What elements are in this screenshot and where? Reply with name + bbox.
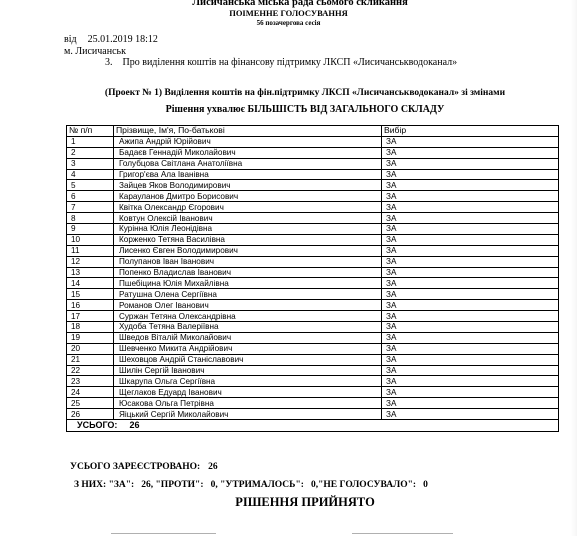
vote-choice: ЗА [382,300,559,311]
row-number: 19 [67,332,114,343]
member-name: Шведов Віталій Миколайович [114,332,382,343]
row-number: 8 [67,213,114,224]
table-row: 14Пшебіцина Юлія МихайлівнаЗА [67,278,559,289]
project-title: (Проект № 1) Виділення коштів на фін.під… [0,88,577,98]
member-name: Шкарупа Ольга Сергіївна [114,376,382,387]
table-row: 3Голубцова Світлана АнатоліївнаЗА [67,158,559,169]
member-name: Карауланов Дмитро Борисович [114,191,382,202]
vote-choice: ЗА [382,354,559,365]
signature-line [352,533,453,534]
row-number: 1 [67,136,114,147]
vote-choice: ЗА [382,278,559,289]
row-number: 4 [67,169,114,180]
vote-choice: ЗА [382,322,559,333]
row-number: 20 [67,343,114,354]
vote-choice: ЗА [382,158,559,169]
date-value: 25.01.2019 18:12 [88,34,158,45]
row-number: 11 [67,245,114,256]
decision-result: РІШЕННЯ ПРИЙНЯТО [0,495,577,510]
vote-choice: ЗА [382,213,559,224]
date-line: від25.01.2019 18:12 [64,34,158,45]
vote-choice: ЗА [382,267,559,278]
vote-choice: ЗА [382,147,559,158]
row-number: 21 [67,354,114,365]
total-value: 26 [129,420,139,430]
table-row: 19Шведов Віталій МиколайовичЗА [67,332,559,343]
table-row: 18Худоба Тетяна ВалеріївнаЗА [67,322,559,333]
table-row: 11Лисенко Євген ВолодимировичЗА [67,245,559,256]
member-name: Ратушна Олена Сергіївна [114,289,382,300]
table-row: 8Ковтун Олексій ІвановичЗА [67,213,559,224]
roll-call-table: № п/п Прізвище, Ім'я, По-батькові Вибір … [66,125,559,432]
table-row: 5Зайцев Яков ВолодимировичЗА [67,180,559,191]
vote-choice: ЗА [382,191,559,202]
table-row: 6Карауланов Дмитро БорисовичЗА [67,191,559,202]
table-row: 10Корженко Тетяна ВасилівнаЗА [67,234,559,245]
total-cell: УСЬОГО:26 [67,420,559,432]
table-row: 25Юсакова Ольга ПетрівнаЗА [67,398,559,409]
table-row: 23Шкарупа Ольга СергіївнаЗА [67,376,559,387]
vote-choice: ЗА [382,202,559,213]
member-name: Зайцев Яков Володимирович [114,180,382,191]
member-name: Корженко Тетяна Василівна [114,234,382,245]
member-name: Голубцова Світлана Анатоліївна [114,158,382,169]
member-name: Юсакова Ольга Петрівна [114,398,382,409]
row-number: 13 [67,267,114,278]
table-row: 9Курінна Юлія ЛеонідівнаЗА [67,224,559,235]
total-label: УСЬОГО: [77,420,117,430]
table-row: 20Шевченко Микита АндрійовичЗА [67,343,559,354]
vote-choice: ЗА [382,256,559,267]
vote-choice: ЗА [382,289,559,300]
vote-breakdown: З НИХ: "ЗА": 26, "ПРОТИ": 0, "УТРИМАЛОСЬ… [74,480,428,490]
member-name: Яіцький Сергій Миколайович [114,409,382,420]
total-row: УСЬОГО:26 [67,420,559,432]
member-name: Шеховцов Андрій Станіславович [114,354,382,365]
registered-value: 26 [208,462,218,472]
row-number: 9 [67,224,114,235]
majority-prefix: Рішення ухвалює [166,104,245,115]
vote-choice: ЗА [382,398,559,409]
row-number: 26 [67,409,114,420]
vote-choice: ЗА [382,332,559,343]
table-row: 24Щеглаков Едуард ІвановичЗА [67,387,559,398]
vote-choice: ЗА [382,365,559,376]
vote-type-heading: ПОІМЕННЕ ГОЛОСУВАННЯ [0,8,577,18]
member-name: Бадаєв Геннадій Миколайович [114,147,382,158]
registered-summary: УСЬОГО ЗАРЕЄСТРОВАНО:26 [70,462,218,472]
member-name: Ажипа Андрій Юрійович [114,136,382,147]
table-row: 2Бадаєв Геннадій МиколайовичЗА [67,147,559,158]
member-name: Романов Олег Іванович [114,300,382,311]
member-name: Суржан Тетяна Олександрівна [114,311,382,322]
member-name: Ковтун Олексій Іванович [114,213,382,224]
agenda-number: 3. [105,57,113,68]
city-label: м. Лисичанськ [64,46,126,57]
row-number: 25 [67,398,114,409]
vote-choice: ЗА [382,136,559,147]
table-row: 26Яіцький Сергій МиколайовичЗА [67,409,559,420]
member-name: Пшебіцина Юлія Михайлівна [114,278,382,289]
table-row: 7Квітка Олександр ЄгоровичЗА [67,202,559,213]
agenda-item: 3.Про виділення коштів на фінансову підт… [105,57,457,68]
column-header-name: Прізвище, Ім'я, По-батькові [114,126,382,137]
row-number: 17 [67,311,114,322]
row-number: 12 [67,256,114,267]
vote-choice: ЗА [382,224,559,235]
column-header-choice: Вибір [382,126,559,137]
member-name: Григор'єва Ала Іванівна [114,169,382,180]
row-number: 6 [67,191,114,202]
member-name: Щеглаков Едуард Іванович [114,387,382,398]
council-title: Лисичанська міська рада сьомого скликанн… [0,0,577,8]
member-name: Полупанов Іван Іванович [114,256,382,267]
table-row: 17Суржан Тетяна ОлександрівнаЗА [67,311,559,322]
vote-choice: ЗА [382,169,559,180]
vote-choice: ЗА [382,387,559,398]
session-label: 56 позачергова сесія [0,19,577,27]
vote-choice: ЗА [382,311,559,322]
row-number: 10 [67,234,114,245]
vote-choice: ЗА [382,376,559,387]
vote-choice: ЗА [382,180,559,191]
row-number: 14 [67,278,114,289]
member-name: Худоба Тетяна Валеріївна [114,322,382,333]
table-row: 12Полупанов Іван ІвановичЗА [67,256,559,267]
row-number: 22 [67,365,114,376]
page-edge-shadow [571,0,577,536]
table-header-row: № п/п Прізвище, Ім'я, По-батькові Вибір [67,126,559,137]
table-row: 22Шилін Сергій ІвановичЗА [67,365,559,376]
table-row: 21Шеховцов Андрій СтаніславовичЗА [67,354,559,365]
member-name: Лисенко Євген Володимирович [114,245,382,256]
table-row: 13Попенко Владислав ІвановичЗА [67,267,559,278]
member-name: Попенко Владислав Іванович [114,267,382,278]
date-label: від [64,34,77,45]
row-number: 2 [67,147,114,158]
majority-rule: Рішення ухвалює БІЛЬШІСТЬ ВІД ЗАГАЛЬНОГО… [0,104,577,115]
row-number: 16 [67,300,114,311]
member-name: Шевченко Микита Андрійович [114,343,382,354]
column-header-number: № п/п [67,126,114,137]
vote-choice: ЗА [382,343,559,354]
table-row: 16Романов Олег ІвановичЗА [67,300,559,311]
vote-choice: ЗА [382,409,559,420]
signature-line [111,533,216,534]
row-number: 24 [67,387,114,398]
table-row: 1Ажипа Андрій ЮрійовичЗА [67,136,559,147]
row-number: 5 [67,180,114,191]
row-number: 7 [67,202,114,213]
agenda-title: Про виділення коштів на фінансову підтри… [123,57,458,68]
row-number: 18 [67,322,114,333]
row-number: 15 [67,289,114,300]
member-name: Квітка Олександр Єгорович [114,202,382,213]
vote-choice: ЗА [382,234,559,245]
vote-choice: ЗА [382,245,559,256]
row-number: 3 [67,158,114,169]
row-number: 23 [67,376,114,387]
table-row: 15Ратушна Олена СергіївнаЗА [67,289,559,300]
member-name: Курінна Юлія Леонідівна [114,224,382,235]
member-name: Шилін Сергій Іванович [114,365,382,376]
majority-rule-text: БІЛЬШІСТЬ ВІД ЗАГАЛЬНОГО СКЛАДУ [247,104,444,115]
table-row: 4Григор'єва Ала ІванівнаЗА [67,169,559,180]
registered-label: УСЬОГО ЗАРЕЄСТРОВАНО: [70,462,200,472]
